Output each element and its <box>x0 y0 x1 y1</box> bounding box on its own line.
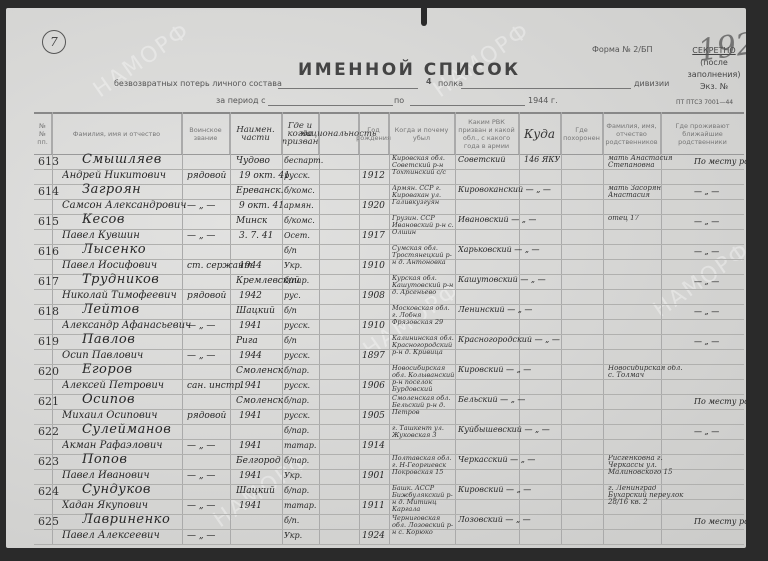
relative-address-note: По месту рожд. <box>694 517 746 526</box>
drafted-date: 1941 <box>239 471 262 481</box>
draft-office: Кировский — „ — <box>458 365 531 374</box>
nationality: татар. <box>284 441 316 450</box>
nationality: Укр. <box>284 471 302 480</box>
surname: Кесов <box>82 212 125 227</box>
given-name: Андрей Никитович <box>62 170 166 181</box>
col-header-12: Фамилия, имя, отчество родственников <box>603 114 661 154</box>
surname: Сундуков <box>82 482 151 497</box>
table-row-sub: Алексей Петровичсан. инстр.1941русск.190… <box>34 379 744 395</box>
drafted-date: 1941 <box>239 411 262 421</box>
page-stamp: 192 <box>696 26 746 69</box>
party: б/комс. <box>284 216 315 225</box>
given-name: Михаил Осипович <box>62 410 157 421</box>
table-row: 622Сулеймановб/пар.г. Ташкент ул. Жуковс… <box>34 424 744 440</box>
relative-address-note: — „ — <box>694 277 719 286</box>
party: б/пар. <box>284 276 309 285</box>
watermark: НАМОРФ <box>89 18 195 103</box>
regiment-label: полка <box>438 79 463 88</box>
surname: Егоров <box>82 362 133 377</box>
col-header-7: Год рождения <box>359 114 389 154</box>
draft-office: Бельский — „ — <box>458 395 525 404</box>
table-row-sub: Акман Рафаэлович— „ —1941татар.1914 <box>34 439 744 455</box>
party: б/пар. <box>284 456 309 465</box>
nationality: русск. <box>284 351 310 360</box>
draft-office: Куйбышевский — „ — <box>458 425 550 434</box>
given-name: Павел Иванович <box>62 470 150 481</box>
birth-year: 1901 <box>362 471 385 481</box>
relative-address-note: — „ — <box>694 187 719 196</box>
rank: — „ — <box>187 531 215 541</box>
period-year: 1944 г. <box>528 96 558 105</box>
drafted-place: Шацкий <box>236 486 275 496</box>
relative-address-note: По месту рожд. <box>694 397 746 406</box>
surname: Лейтов <box>82 302 140 317</box>
drafted-date: 3. 7. 41 <box>239 231 273 241</box>
draft-office: Кировоканский — „ — <box>458 185 551 194</box>
nationality: Укр. <box>284 261 302 270</box>
document-sheet: НАМОРФ НАМОРФ НАМОРФ НАМОРФ НАМОРФ 7 ИМЕ… <box>6 8 746 548</box>
nationality: русск. <box>284 171 310 180</box>
party: беспарт. <box>284 156 323 165</box>
drafted-place: Чудово <box>236 156 270 166</box>
period-to: по <box>394 96 404 105</box>
birth-year: 1910 <box>362 321 385 331</box>
drafted-date: 1941 <box>239 441 262 451</box>
party: б/п <box>284 336 297 345</box>
rank: — „ — <box>187 351 215 361</box>
table-row: 618ЛейтовШацкийб/пМосковская обл. г. Лоб… <box>34 304 744 320</box>
nationality: русск. <box>284 411 310 420</box>
period-label: за период с <box>216 96 266 105</box>
nationality: русск. <box>284 381 310 390</box>
table-row: 621ОсиповСмоленскб/пар.Смоленская обл. Б… <box>34 394 744 410</box>
rank: рядовой <box>187 171 226 181</box>
col-header-10: Куда <box>519 114 561 154</box>
birth-year: 1912 <box>362 171 385 181</box>
birth-year: 1917 <box>362 231 385 241</box>
row-number: 620 <box>38 365 59 378</box>
table-row: 616Лысенкоб/пСумская обл. Тростянецкий р… <box>34 244 744 260</box>
rank: — „ — <box>187 201 215 211</box>
drafted-place: Смоленск <box>236 366 283 376</box>
rank: — „ — <box>187 441 215 451</box>
given-name: Акман Рафаэлович <box>62 440 163 451</box>
table-row-sub: Самсон Александрович— „ —9 окт. 41армян.… <box>34 199 744 215</box>
paper-tear <box>421 8 427 26</box>
party: б/пар. <box>284 396 309 405</box>
row-number: 624 <box>38 485 59 498</box>
party: б/пар. <box>284 486 309 495</box>
draft-office: Советский <box>458 155 505 164</box>
party: б/пар. <box>284 366 309 375</box>
surname: Смышляев <box>82 152 162 167</box>
rank: сан. инстр. <box>187 381 243 391</box>
given-name: Павел Кувшин <box>62 230 140 241</box>
given-name: Осип Павлович <box>62 350 143 361</box>
table-row-sub: Александр Афанасьевич— „ —1941русск.1910 <box>34 319 744 335</box>
party: б/п <box>284 306 297 315</box>
drafted-date: 1942 <box>239 291 262 301</box>
subtitle: безвозвратных потерь личного состава <box>114 79 282 88</box>
draft-office: Ивановский — „ — <box>458 215 536 224</box>
relative-address-note: По месту рожд. <box>694 157 746 166</box>
party: б/п. <box>284 516 299 525</box>
birth-year: 1924 <box>362 531 385 541</box>
col-header-13: Где проживают ближайшие родственники <box>661 114 744 154</box>
table-row-sub: Николай Тимофеевичрядовой1942рус.1908 <box>34 289 744 305</box>
table-row: 623ПоповБелгородб/пар.Полтавская обл. г.… <box>34 454 744 470</box>
table-row: 620ЕгоровСмоленскб/пар.Новосибирская обл… <box>34 364 744 380</box>
table-row: 617ТрудниковКремлевскийб/пар.Курская обл… <box>34 274 744 290</box>
given-name: Самсон Александрович <box>62 200 187 211</box>
col-header-11: Где похоронен <box>561 114 603 154</box>
draft-office: Лозовский — „ — <box>458 515 531 524</box>
drafted-date: 1944 <box>239 351 262 361</box>
drafted-date: 9 окт. 41 <box>239 201 284 211</box>
birth-year: 1911 <box>362 501 385 511</box>
row-number: 619 <box>38 335 59 348</box>
relative-address-note: — „ — <box>694 247 719 256</box>
drafted-place: Рига <box>236 336 258 346</box>
row-number: 616 <box>38 245 59 258</box>
col-header-3: Воинское звание <box>182 114 230 154</box>
row-number: 613 <box>38 155 59 168</box>
drafted-place: Смоленск <box>236 396 283 406</box>
copy-number-label: Экз. № <box>682 81 746 93</box>
row-number: 618 <box>38 305 59 318</box>
party: б/комс. <box>284 186 315 195</box>
surname: Осипов <box>82 392 135 407</box>
surname: Лысенко <box>82 242 146 257</box>
birth-year: 1920 <box>362 201 385 211</box>
drafted-date: 19 окт. 41 <box>239 171 290 181</box>
surname: Лавриненко <box>82 512 170 527</box>
table-row: 619ПавловРигаб/пКалининская обл. Красног… <box>34 334 744 350</box>
rank: — „ — <box>187 321 215 331</box>
nationality: рус. <box>284 291 301 300</box>
surname: Сулейманов <box>82 422 171 437</box>
given-name: Александр Афанасьевич <box>62 320 191 331</box>
birth-year: 1914 <box>362 441 385 451</box>
drafted-date: 1941 <box>239 381 262 391</box>
division-label: дивизии <box>634 79 669 88</box>
row-number: 623 <box>38 455 59 468</box>
rank: — „ — <box>187 501 215 511</box>
col-header-1: №№ пп. <box>34 114 52 154</box>
birth-year: 1905 <box>362 411 385 421</box>
printer-mark: ПТ ПТСЗ 7001—44 <box>676 99 733 106</box>
draft-office: Черкасский — „ — <box>458 455 535 464</box>
unit: 146 ЯКУ <box>524 155 560 164</box>
col-header-4: Наимен. части <box>230 114 282 154</box>
given-name: Алексей Петрович <box>62 380 164 391</box>
nationality: татар. <box>284 501 316 510</box>
table-row: 625Лавриненкоб/п.Черниговская обл. Лозов… <box>34 514 744 530</box>
document-title: ИМЕННОЙ СПИСОК <box>298 60 521 80</box>
drafted-date: 1941 <box>239 501 262 511</box>
nationality: армян. <box>284 201 314 210</box>
party: б/п <box>284 246 297 255</box>
surname: Павлов <box>82 332 135 347</box>
birth-year: 1906 <box>362 381 385 391</box>
table-row-sub: Осип Павлович— „ —1944русск.1897 <box>34 349 744 365</box>
row-number: 615 <box>38 215 59 228</box>
drafted-date: 1944 <box>239 261 262 271</box>
sheet-mark: 7 <box>42 30 66 54</box>
table-row-sub: Павел Алексеевич— „ —Укр.1924 <box>34 529 744 545</box>
party: б/пар. <box>284 426 309 435</box>
relative-address-note: — „ — <box>694 217 719 226</box>
birth-year: 1908 <box>362 291 385 301</box>
drafted-place: Ереванск. <box>236 186 283 196</box>
rank: рядовой <box>187 411 226 421</box>
draft-office: Кашутовский — „ — <box>458 275 546 284</box>
draft-office: Красногородский — „ — <box>458 335 560 344</box>
drafted-date: 1941 <box>239 321 262 331</box>
row-number: 625 <box>38 515 59 528</box>
col-header-8: Когда и почему убыл <box>389 114 455 154</box>
given-name: Павел Иосифович <box>62 260 157 271</box>
col-header-6: национальность <box>319 114 359 154</box>
drafted-place: Минск <box>236 216 267 226</box>
nationality: Укр. <box>284 531 302 540</box>
col-header-2: Фамилия, имя и отчество <box>52 114 182 154</box>
given-name: Павел Алексеевич <box>62 530 160 541</box>
form-number: Форма № 2/БП <box>592 45 653 54</box>
table-row: 614ЗагроянЕреванск.б/комс.Армян. ССР г. … <box>34 184 744 200</box>
relative-address-note: — „ — <box>694 307 719 316</box>
table-row: 615КесовМинскб/комс.Грузин. ССР Ивановск… <box>34 214 744 230</box>
birth-year: 1897 <box>362 351 385 361</box>
draft-office: Харьковский — „ — <box>458 245 540 254</box>
nationality: Осет. <box>284 231 310 240</box>
relative-address-note: — „ — <box>694 337 719 346</box>
rank: рядовой <box>187 291 226 301</box>
surname: Трудников <box>82 272 159 287</box>
birth-year: 1910 <box>362 261 385 271</box>
row-number: 617 <box>38 275 59 288</box>
draft-office: Ленинский — „ — <box>458 305 532 314</box>
row-number: 622 <box>38 425 59 438</box>
col-header-9: Каким РВК призван и какой обл., с какого… <box>455 114 519 154</box>
table-row: 624СундуковШацкийб/пар.Башк. АССР Бижбул… <box>34 484 744 500</box>
given-name: Хадан Якупович <box>62 500 148 511</box>
given-name: Николай Тимофеевич <box>62 290 177 301</box>
surname: Загроян <box>82 182 141 197</box>
row-number: 614 <box>38 185 59 198</box>
surname: Попов <box>82 452 127 467</box>
draft-office: Кировский — „ — <box>458 485 531 494</box>
drafted-place: Белгород <box>236 456 281 466</box>
drafted-place: Шацкий <box>236 306 275 316</box>
rank: — „ — <box>187 231 215 241</box>
row-number: 621 <box>38 395 59 408</box>
relative-address-note: — „ — <box>694 427 719 436</box>
table-row: 613СмышляевЧудовобеспарт.Кировская обл. … <box>34 154 744 170</box>
rank: — „ — <box>187 471 215 481</box>
nationality: русск. <box>284 321 310 330</box>
regiment-number: 4 <box>426 77 432 86</box>
